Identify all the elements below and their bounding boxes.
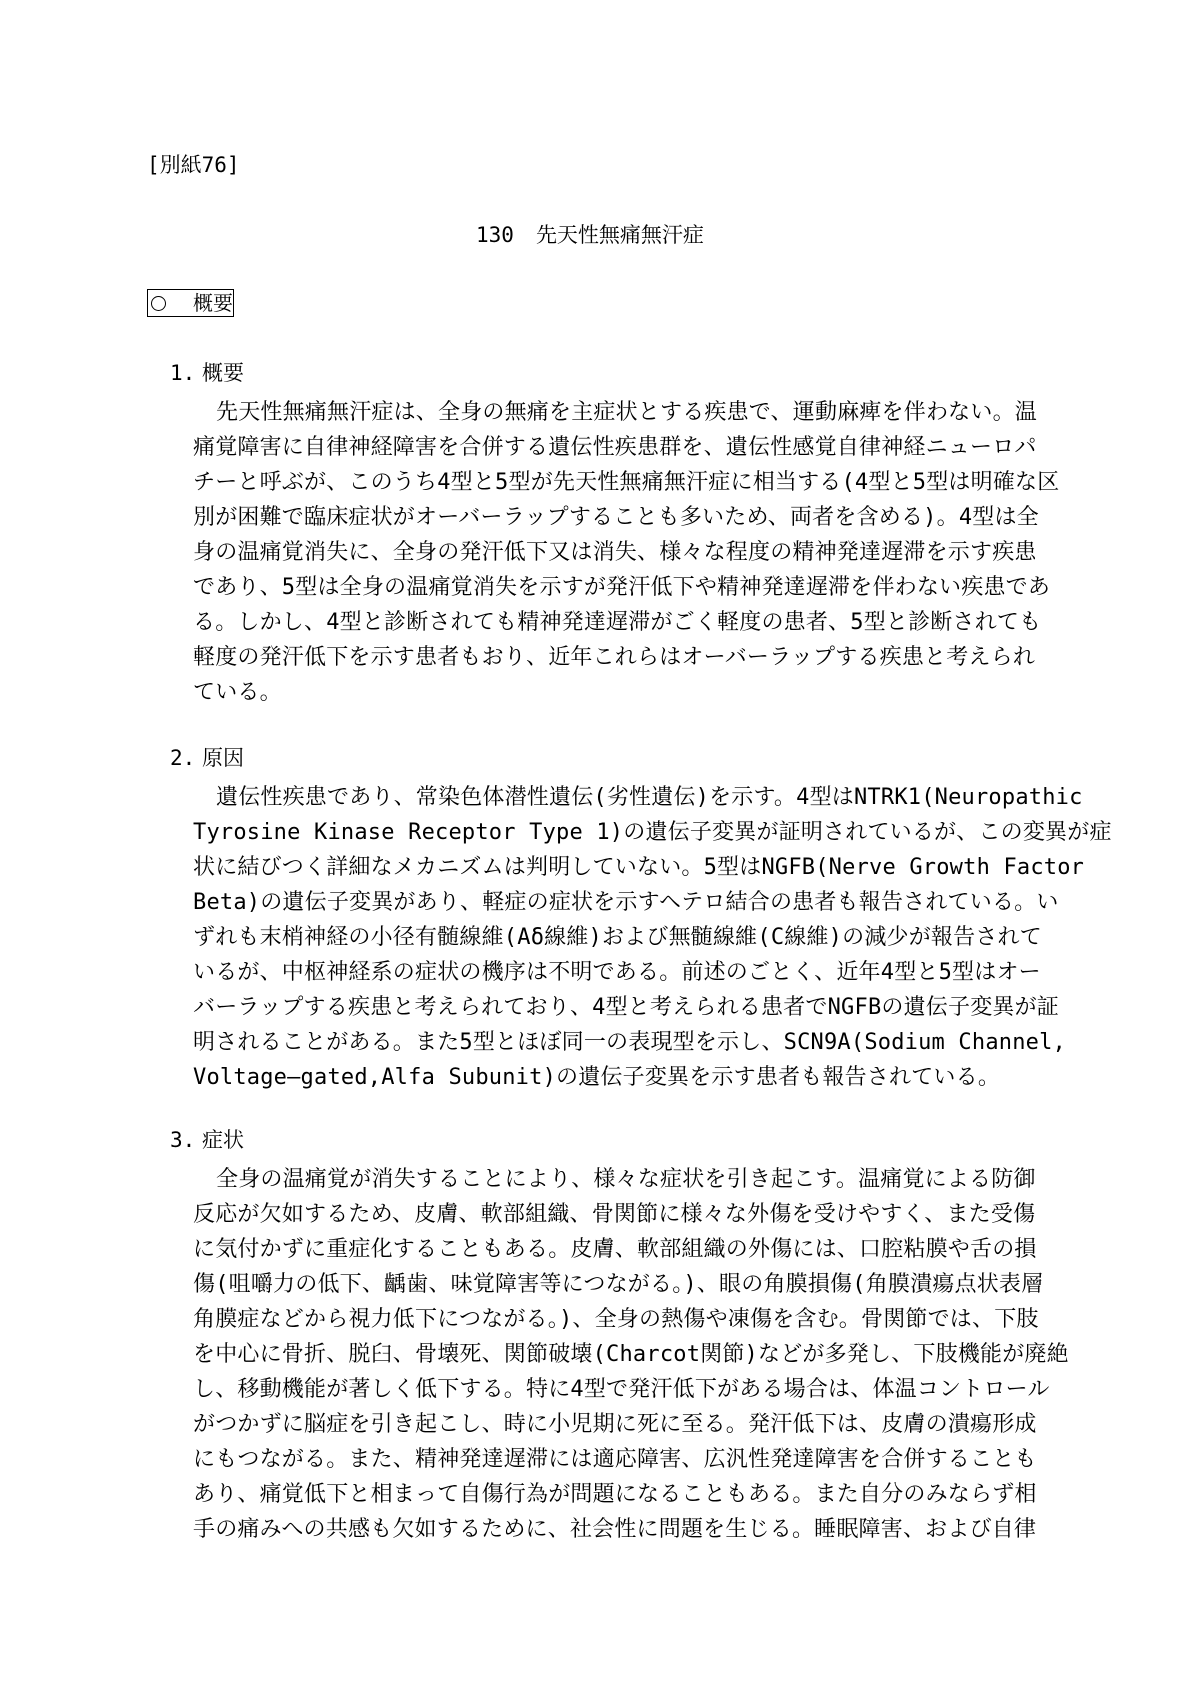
attachment-label: [別紙76] xyxy=(147,152,240,178)
body-line: バーラップする疾患と考えられており、4型と考えられる患者でNGFBの遺伝子変異が… xyxy=(193,990,1040,1025)
body-line: にもつながる。また、精神発達遅滞には適応障害、広汎性発達障害を合併することも xyxy=(193,1442,1040,1477)
section-body: 先天性無痛無汗症は、全身の無痛を主症状とする疾患で、運動麻痺を伴わない。温 痛覚… xyxy=(193,395,1040,710)
body-line: ずれも末梢神経の小径有髄線維(Aδ線維)および無髄線維(C線維)の減少が報告され… xyxy=(193,920,1040,955)
body-line: ている。 xyxy=(193,675,1040,710)
body-line: チーと呼ぶが、このうち4型と5型が先天性無痛無汗症に相当する(4型と5型は明確な… xyxy=(193,465,1040,500)
body-line: 別が困難で臨床症状がオーバーラップすることも多いため、両者を含める)。4型は全 xyxy=(193,500,1040,535)
body-line: 角膜症などから視力低下につながる。)、全身の熱傷や凍傷を含む。骨関節では、下肢 xyxy=(193,1302,1040,1337)
body-line: 全身の温痛覚が消失することにより、様々な症状を引き起こす。温痛覚による防御 xyxy=(193,1162,1040,1197)
overview-heading-box: 概要 xyxy=(147,289,234,317)
body-line: に気付かずに重症化することもある。皮膚、軟部組織の外傷には、口腔粘膜や舌の損 xyxy=(193,1232,1040,1267)
section-title: 概要 xyxy=(202,361,244,385)
body-line: る。しかし、4型と診断されても精神発達遅滞がごく軽度の患者、5型と診断されても xyxy=(193,605,1040,640)
section-heading: 2.原因 xyxy=(170,745,1040,780)
body-line: 傷(咀嚼力の低下、齲歯、味覚障害等につながる。)、眼の角膜損傷(角膜潰瘍点状表層 xyxy=(193,1267,1040,1302)
document-page: [別紙76] 130先天性無痛無汗症 概要 1.概要 先天性無痛無汗症は、全身の… xyxy=(0,0,1181,1695)
overview-heading-label: 概要 xyxy=(193,291,233,315)
section-title: 原因 xyxy=(202,746,244,770)
section-heading: 3.症状 xyxy=(170,1127,1040,1162)
body-line: 遺伝性疾患であり、常染色体潜性遺伝(劣性遺伝)を示す。4型はNTRK1(Neur… xyxy=(193,780,1040,815)
section-body: 遺伝性疾患であり、常染色体潜性遺伝(劣性遺伝)を示す。4型はNTRK1(Neur… xyxy=(193,780,1040,1095)
body-line: であり、5型は全身の温痛覚消失を示すが発汗低下や精神発達遅滞を伴わない疾患であ xyxy=(193,570,1040,605)
section-cause: 2.原因 遺伝性疾患であり、常染色体潜性遺伝(劣性遺伝)を示す。4型はNTRK1… xyxy=(170,745,1040,1095)
document-title: 130先天性無痛無汗症 xyxy=(476,222,704,248)
section-number: 3. xyxy=(170,1127,202,1153)
body-line: Voltage—gated,Alfa Subunit)の遺伝子変異を示す患者も報… xyxy=(193,1060,1040,1095)
section-symptoms: 3.症状 全身の温痛覚が消失することにより、様々な症状を引き起こす。温痛覚による… xyxy=(170,1127,1040,1547)
body-line: 先天性無痛無汗症は、全身の無痛を主症状とする疾患で、運動麻痺を伴わない。温 xyxy=(193,395,1040,430)
body-line: 痛覚障害に自律神経障害を合併する遺伝性疾患群を、遺伝性感覚自律神経ニューロパ xyxy=(193,430,1040,465)
body-line: 反応が欠如するため、皮膚、軟部組織、骨関節に様々な外傷を受けやすく、また受傷 xyxy=(193,1197,1040,1232)
body-line: 軽度の発汗低下を示す患者もおり、近年これらはオーバーラップする疾患と考えられ xyxy=(193,640,1040,675)
section-number: 2. xyxy=(170,745,202,771)
body-line: あり、痛覚低下と相まって自傷行為が問題になることもある。また自分のみならず相 xyxy=(193,1477,1040,1512)
body-line: を中心に骨折、脱臼、骨壊死、関節破壊(Charcot関節)などが多発し、下肢機能… xyxy=(193,1337,1040,1372)
disease-name: 先天性無痛無汗症 xyxy=(536,223,704,247)
body-line: Beta)の遺伝子変異があり、軽症の症状を示すヘテロ結合の患者も報告されている。… xyxy=(193,885,1040,920)
section-body: 全身の温痛覚が消失することにより、様々な症状を引き起こす。温痛覚による防御 反応… xyxy=(193,1162,1040,1547)
section-heading: 1.概要 xyxy=(170,360,1040,395)
body-line: いるが、中枢神経系の症状の機序は不明である。前述のごとく、近年4型と5型はオー xyxy=(193,955,1040,990)
body-line: 身の温痛覚消失に、全身の発汗低下又は消失、様々な程度の精神発達遅滞を示す疾患 xyxy=(193,535,1040,570)
section-number: 1. xyxy=(170,360,202,386)
circle-marker-icon xyxy=(151,296,166,311)
section-title: 症状 xyxy=(202,1128,244,1152)
section-overview: 1.概要 先天性無痛無汗症は、全身の無痛を主症状とする疾患で、運動麻痺を伴わない… xyxy=(170,360,1040,710)
body-line: Tyrosine Kinase Receptor Type 1)の遺伝子変異が証… xyxy=(193,815,1040,850)
body-line: し、移動機能が著しく低下する。特に4型で発汗低下がある場合は、体温コントロール xyxy=(193,1372,1040,1407)
body-line: 明されることがある。また5型とほぼ同一の表現型を示し、SCN9A(Sodium … xyxy=(193,1025,1040,1060)
body-line: 状に結びつく詳細なメカニズムは判明していない。5型はNGFB(Nerve Gro… xyxy=(193,850,1040,885)
body-line: 手の痛みへの共感も欠如するために、社会性に問題を生じる。睡眠障害、および自律 xyxy=(193,1512,1040,1547)
body-line: がつかずに脳症を引き起こし、時に小児期に死に至る。発汗低下は、皮膚の潰瘍形成 xyxy=(193,1407,1040,1442)
disease-number: 130 xyxy=(476,223,514,247)
